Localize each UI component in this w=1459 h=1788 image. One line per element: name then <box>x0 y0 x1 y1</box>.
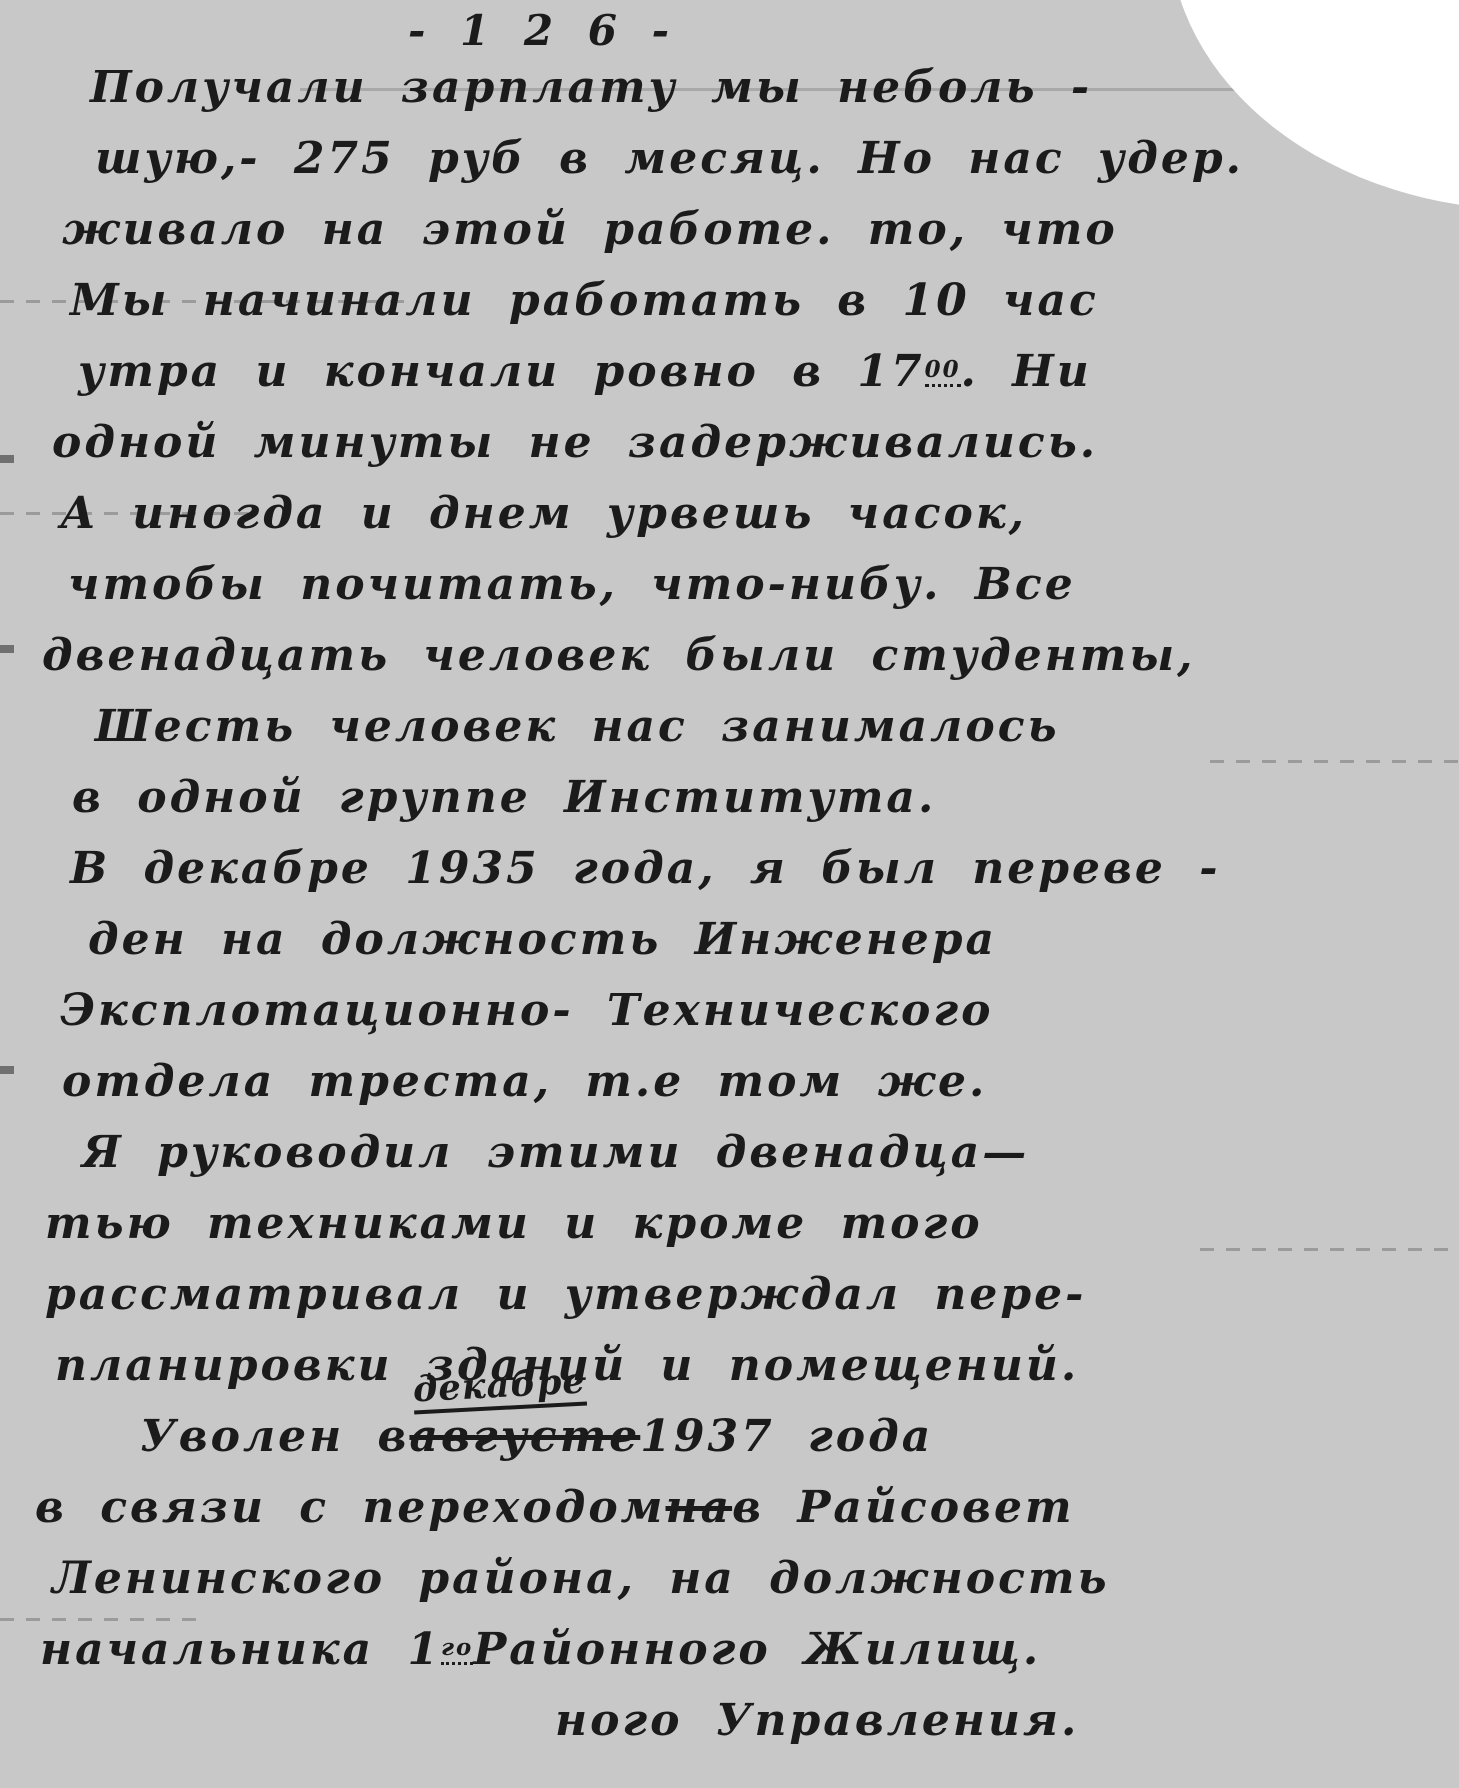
text-segment: Я руководил этими двенадца— <box>82 1127 1029 1178</box>
text-line: планировки зданий и помещений. <box>0 1330 1459 1401</box>
text-line: шую,- 275 руб в месяц. Но нас удер. <box>0 123 1459 194</box>
text-line: Эксплотационно- Технического <box>0 975 1459 1046</box>
text-line: чтобы почитать, что-нибу. Все <box>0 549 1459 620</box>
text-segment: Уволен в <box>140 1411 409 1462</box>
text-segment: ного Управления. <box>555 1695 1079 1746</box>
text-segment: Получали зарплату мы неболь - <box>90 62 1092 113</box>
text-line: Я руководил этими двенадца— <box>0 1117 1459 1188</box>
text-segment: Шесть человек нас занималось <box>95 701 1060 752</box>
manuscript-page: - 1 2 6 - Получали зарплату мы неболь -ш… <box>0 0 1459 1788</box>
text-segment: чтобы почитать, что-нибу. Все <box>68 559 1076 610</box>
inserted-word: декабре <box>412 1361 587 1415</box>
text-segment: Эксплотационно- Технического <box>60 985 993 1036</box>
text-line: Шесть человек нас занималось <box>0 691 1459 762</box>
text-line: в одной группе Института. <box>0 762 1459 833</box>
text-line: одной минуты не задерживались. <box>0 407 1459 478</box>
correction-group: декабреавгусте <box>409 1411 640 1462</box>
text-line: тью техниками и кроме того <box>0 1188 1459 1259</box>
page-number: - 1 2 6 - <box>408 6 679 55</box>
text-line: Ленинского района, на должность <box>0 1543 1459 1614</box>
superscript-text: го <box>441 1635 473 1665</box>
text-line: Получали зарплату мы неболь - <box>0 52 1459 123</box>
text-line: ного Управления. <box>0 1685 1459 1756</box>
struck-word: августе <box>409 1411 640 1462</box>
text-segment: тью техниками и кроме того <box>45 1198 983 1249</box>
text-segment: Районного Жилищ. <box>473 1624 1041 1675</box>
text-line: живало на этой работе. то, что <box>0 194 1459 265</box>
text-segment: Мы начинали работать в 10 час <box>70 275 1099 326</box>
text-line: утра и кончали ровно в 1700. Ни <box>0 336 1459 407</box>
text-segment: утра и кончали ровно в 17 <box>78 346 925 397</box>
text-line: начальника 1го Районного Жилищ. <box>0 1614 1459 1685</box>
text-line: рассматривал и утверждал пере- <box>0 1259 1459 1330</box>
text-line: ден на должность Инженера <box>0 904 1459 975</box>
text-segment: в Райсовет <box>732 1482 1074 1533</box>
text-line: отдела треста, т.е том же. <box>0 1046 1459 1117</box>
text-segment: ден на должность Инженера <box>88 914 997 965</box>
text-segment: шую,- 275 руб в месяц. Но нас удер. <box>95 133 1244 184</box>
text-segment: А иногда и днем урвешь часок, <box>60 488 1027 539</box>
text-segment: одной минуты не задерживались. <box>52 417 1098 468</box>
text-segment: Ленинского района, на должность <box>52 1553 1110 1604</box>
superscript-text: 00 <box>925 357 961 387</box>
text-line: Мы начинали работать в 10 час <box>0 265 1459 336</box>
text-segment: рассматривал и утверждал пере- <box>45 1269 1086 1320</box>
text-segment: начальника 1 <box>40 1624 441 1675</box>
text-line: В декабре 1935 года, я был переве - <box>0 833 1459 904</box>
text-segment: двенадцать человек были студенты, <box>42 630 1195 681</box>
text-line: А иногда и днем урвешь часок, <box>0 478 1459 549</box>
text-segment: 1937 года <box>640 1411 933 1462</box>
text-segment: живало на этой работе. то, что <box>62 204 1118 255</box>
text-segment: В декабре 1935 года, я был переве - <box>70 843 1220 894</box>
text-line: в связи с переходом на в Райсовет <box>0 1472 1459 1543</box>
text-line: Уволен в декабреавгусте 1937 года <box>0 1401 1459 1472</box>
text-segment: в связи с переходом <box>35 1482 666 1533</box>
text-segment: . Ни <box>961 346 1092 397</box>
handwritten-text: Получали зарплату мы неболь -шую,- 275 р… <box>0 52 1459 1756</box>
text-segment: отдела треста, т.е том же. <box>62 1056 987 1107</box>
struck-word: на <box>666 1482 733 1533</box>
text-line: двенадцать человек были студенты, <box>0 620 1459 691</box>
text-segment: в одной группе Института. <box>72 772 936 823</box>
